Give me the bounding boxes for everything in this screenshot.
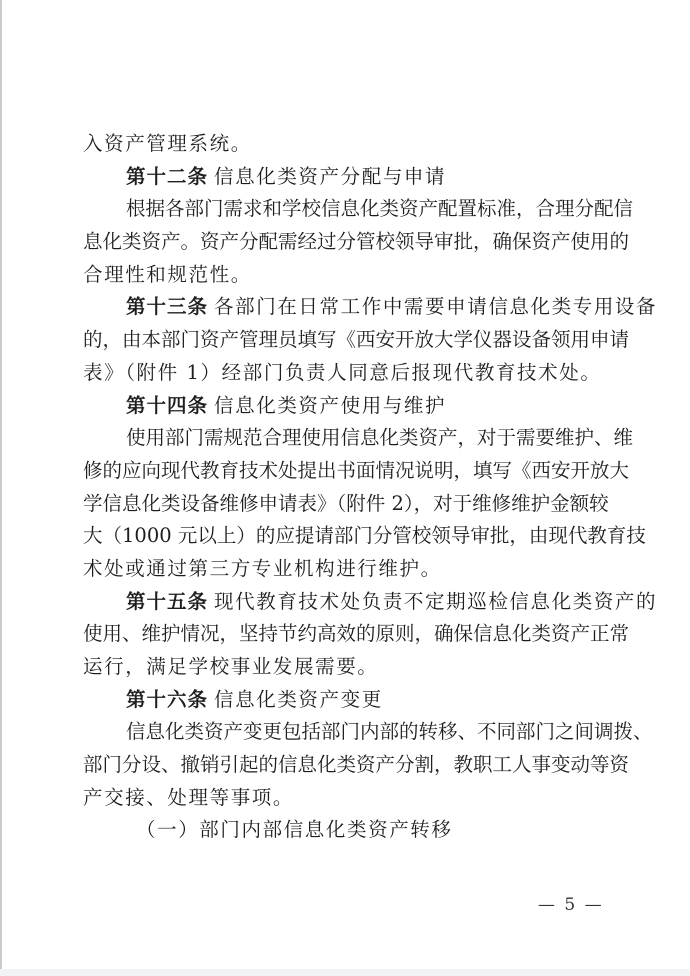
paragraph-line: 信息化类资产变更包括部门内部的转移、不同部门之间调拨、 — [83, 716, 607, 749]
subsection-heading: （一）部门内部信息化类资产转移 — [83, 814, 607, 847]
article-text: 现代教育技术处负责不定期巡检信息化类资产的 — [214, 590, 657, 613]
article-title: 信息化类资产分配与申请 — [214, 165, 446, 188]
line-text: 运行，满足学校事业发展需要。 — [83, 655, 378, 678]
paragraph-line: 的，由本部门资产管理员填写《西安开放大学仪器设备领用申请 — [83, 324, 607, 357]
paragraph-line: 合理性和规范性。 — [83, 259, 607, 292]
line-text: 产交接、处理等事项。 — [83, 786, 294, 809]
article-title: 信息化类资产使用与维护 — [214, 394, 446, 417]
line-text: 使用部门需规范合理使用信息化类资产，对于需要维护、维 — [126, 426, 633, 449]
article-title: 信息化类资产变更 — [214, 688, 383, 711]
paragraph-line: 息化类资产。资产分配需经过分管校领导审批，确保资产使用的 — [83, 226, 607, 259]
article-number: 第十六条 — [126, 688, 208, 711]
line-text: 使用、维护情况，坚持节约高效的原则，确保信息化类资产正常 — [83, 622, 629, 645]
subsection-title: （一）部门内部信息化类资产转移 — [136, 818, 453, 841]
article-heading-13: 第十三条各部门在日常工作中需要申请信息化类专用设备 — [83, 291, 607, 324]
document-body: 入资产管理系统。 第十二条信息化类资产分配与申请 根据各部门需求和学校信息化类资… — [83, 128, 607, 847]
article-number: 第十四条 — [126, 394, 208, 417]
page-edge-left — [0, 0, 2, 970]
line-text: 信息化类资产变更包括部门内部的转移、不同部门之间调拨、 — [126, 720, 653, 743]
article-heading-15: 第十五条现代教育技术处负责不定期巡检信息化类资产的 — [83, 586, 607, 619]
article-heading-16: 第十六条信息化类资产变更 — [83, 684, 607, 717]
paragraph-line: 大（1000 元以上）的应提请部门分管校领导审批，由现代教育技 — [83, 520, 607, 553]
line-text: 部门分设、撤销引起的信息化类资产分割，教职工人事变动等资 — [83, 753, 629, 776]
line-text: 学信息化类设备维修申请表》（附件 2），对于维修维护金额较 — [83, 492, 609, 515]
paragraph-line: 使用、维护情况，坚持节约高效的原则，确保信息化类资产正常 — [83, 618, 607, 651]
line-text: 表》（附件 1）经部门负责人同意后报现代教育技术处。 — [83, 361, 601, 384]
paragraph-line: 学信息化类设备维修申请表》（附件 2），对于维修维护金额较 — [83, 488, 607, 521]
paragraph-line: 术处或通过第三方专业机构进行维护。 — [83, 553, 607, 586]
article-number: 第十三条 — [126, 295, 208, 318]
article-text: 各部门在日常工作中需要申请信息化类专用设备 — [214, 295, 657, 318]
page-number: — 5 — — [538, 895, 604, 915]
paragraph-line: 使用部门需规范合理使用信息化类资产，对于需要维护、维 — [83, 422, 607, 455]
line-text: 大（1000 元以上）的应提请部门分管校领导审批，由现代教育技 — [83, 524, 646, 547]
article-heading-12: 第十二条信息化类资产分配与申请 — [83, 161, 607, 194]
article-heading-14: 第十四条信息化类资产使用与维护 — [83, 390, 607, 423]
article-number: 第十五条 — [126, 590, 208, 613]
paragraph-line: 入资产管理系统。 — [83, 128, 607, 161]
paragraph-line: 产交接、处理等事项。 — [83, 782, 607, 815]
line-text: 入资产管理系统。 — [83, 132, 252, 155]
paragraph-line: 运行，满足学校事业发展需要。 — [83, 651, 607, 684]
paragraph-line: 部门分设、撤销引起的信息化类资产分割，教职工人事变动等资 — [83, 749, 607, 782]
line-text: 术处或通过第三方专业机构进行维护。 — [83, 557, 442, 580]
line-text: 根据各部门需求和学校信息化类资产配置标准，合理分配信 — [126, 197, 633, 220]
line-text: 的，由本部门资产管理员填写《西安开放大学仪器设备领用申请 — [83, 328, 629, 351]
page-edge-bottom — [0, 969, 690, 976]
paragraph-line: 修的应向现代教育技术处提出书面情况说明，填写《西安开放大 — [83, 455, 607, 488]
article-number: 第十二条 — [126, 165, 208, 188]
line-text: 息化类资产。资产分配需经过分管校领导审批，确保资产使用的 — [83, 230, 629, 253]
line-text: 修的应向现代教育技术处提出书面情况说明，填写《西安开放大 — [83, 459, 629, 482]
paragraph-line: 表》（附件 1）经部门负责人同意后报现代教育技术处。 — [83, 357, 607, 390]
line-text: 合理性和规范性。 — [83, 263, 252, 286]
paragraph-line: 根据各部门需求和学校信息化类资产配置标准，合理分配信 — [83, 193, 607, 226]
